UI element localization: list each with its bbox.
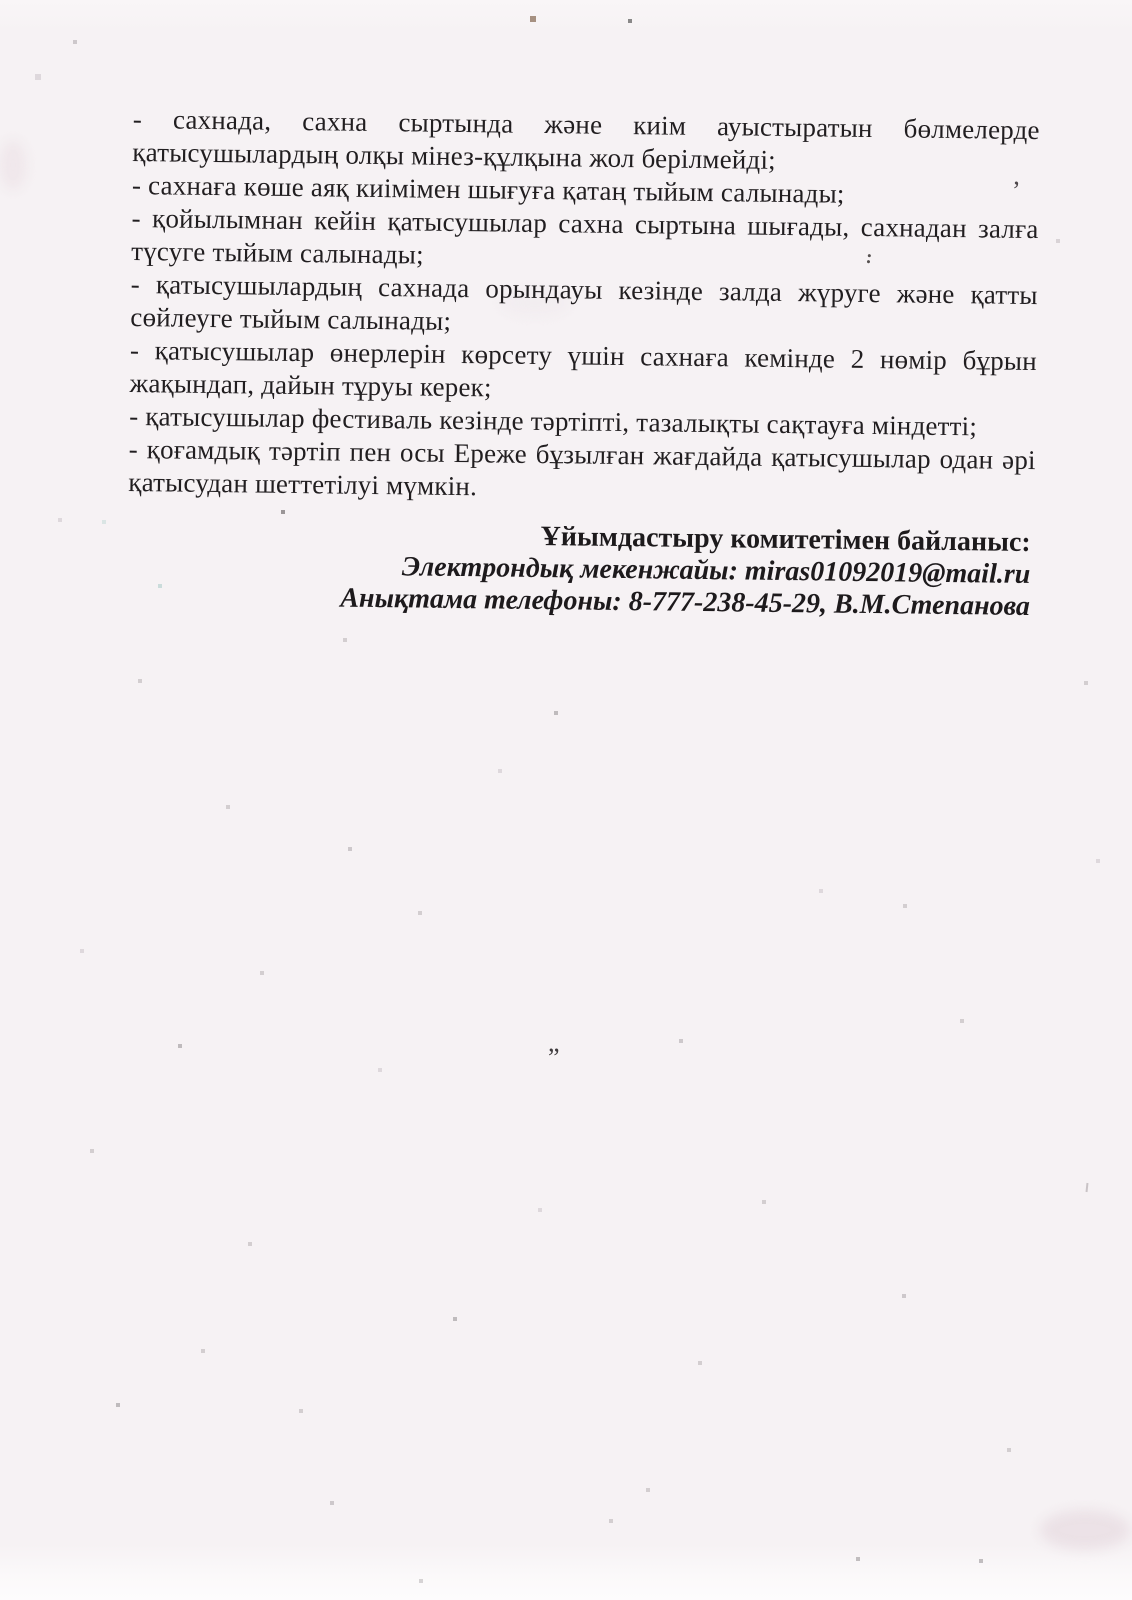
rules-list: - сахнада, сахна сыртында және киім ауыс…: [128, 103, 1040, 510]
scan-artifact-double-comma: „: [548, 1030, 560, 1056]
scanned-page: - сахнада, сахна сыртында және киім ауыс…: [0, 0, 1132, 1600]
scan-noise-speckles: [0, 0, 2, 2]
paper-smudge: [0, 140, 26, 190]
scan-artifact-dash: [1086, 1183, 1089, 1192]
contact-block: Ұйымдастыру комитетімен байланыс: Электр…: [127, 516, 1035, 623]
document-content: - сахнада, сахна сыртында және киім ауыс…: [127, 103, 1040, 623]
paper-smudge: [1040, 1510, 1130, 1550]
scan-artifact-apostrophe: ’: [1012, 178, 1021, 204]
